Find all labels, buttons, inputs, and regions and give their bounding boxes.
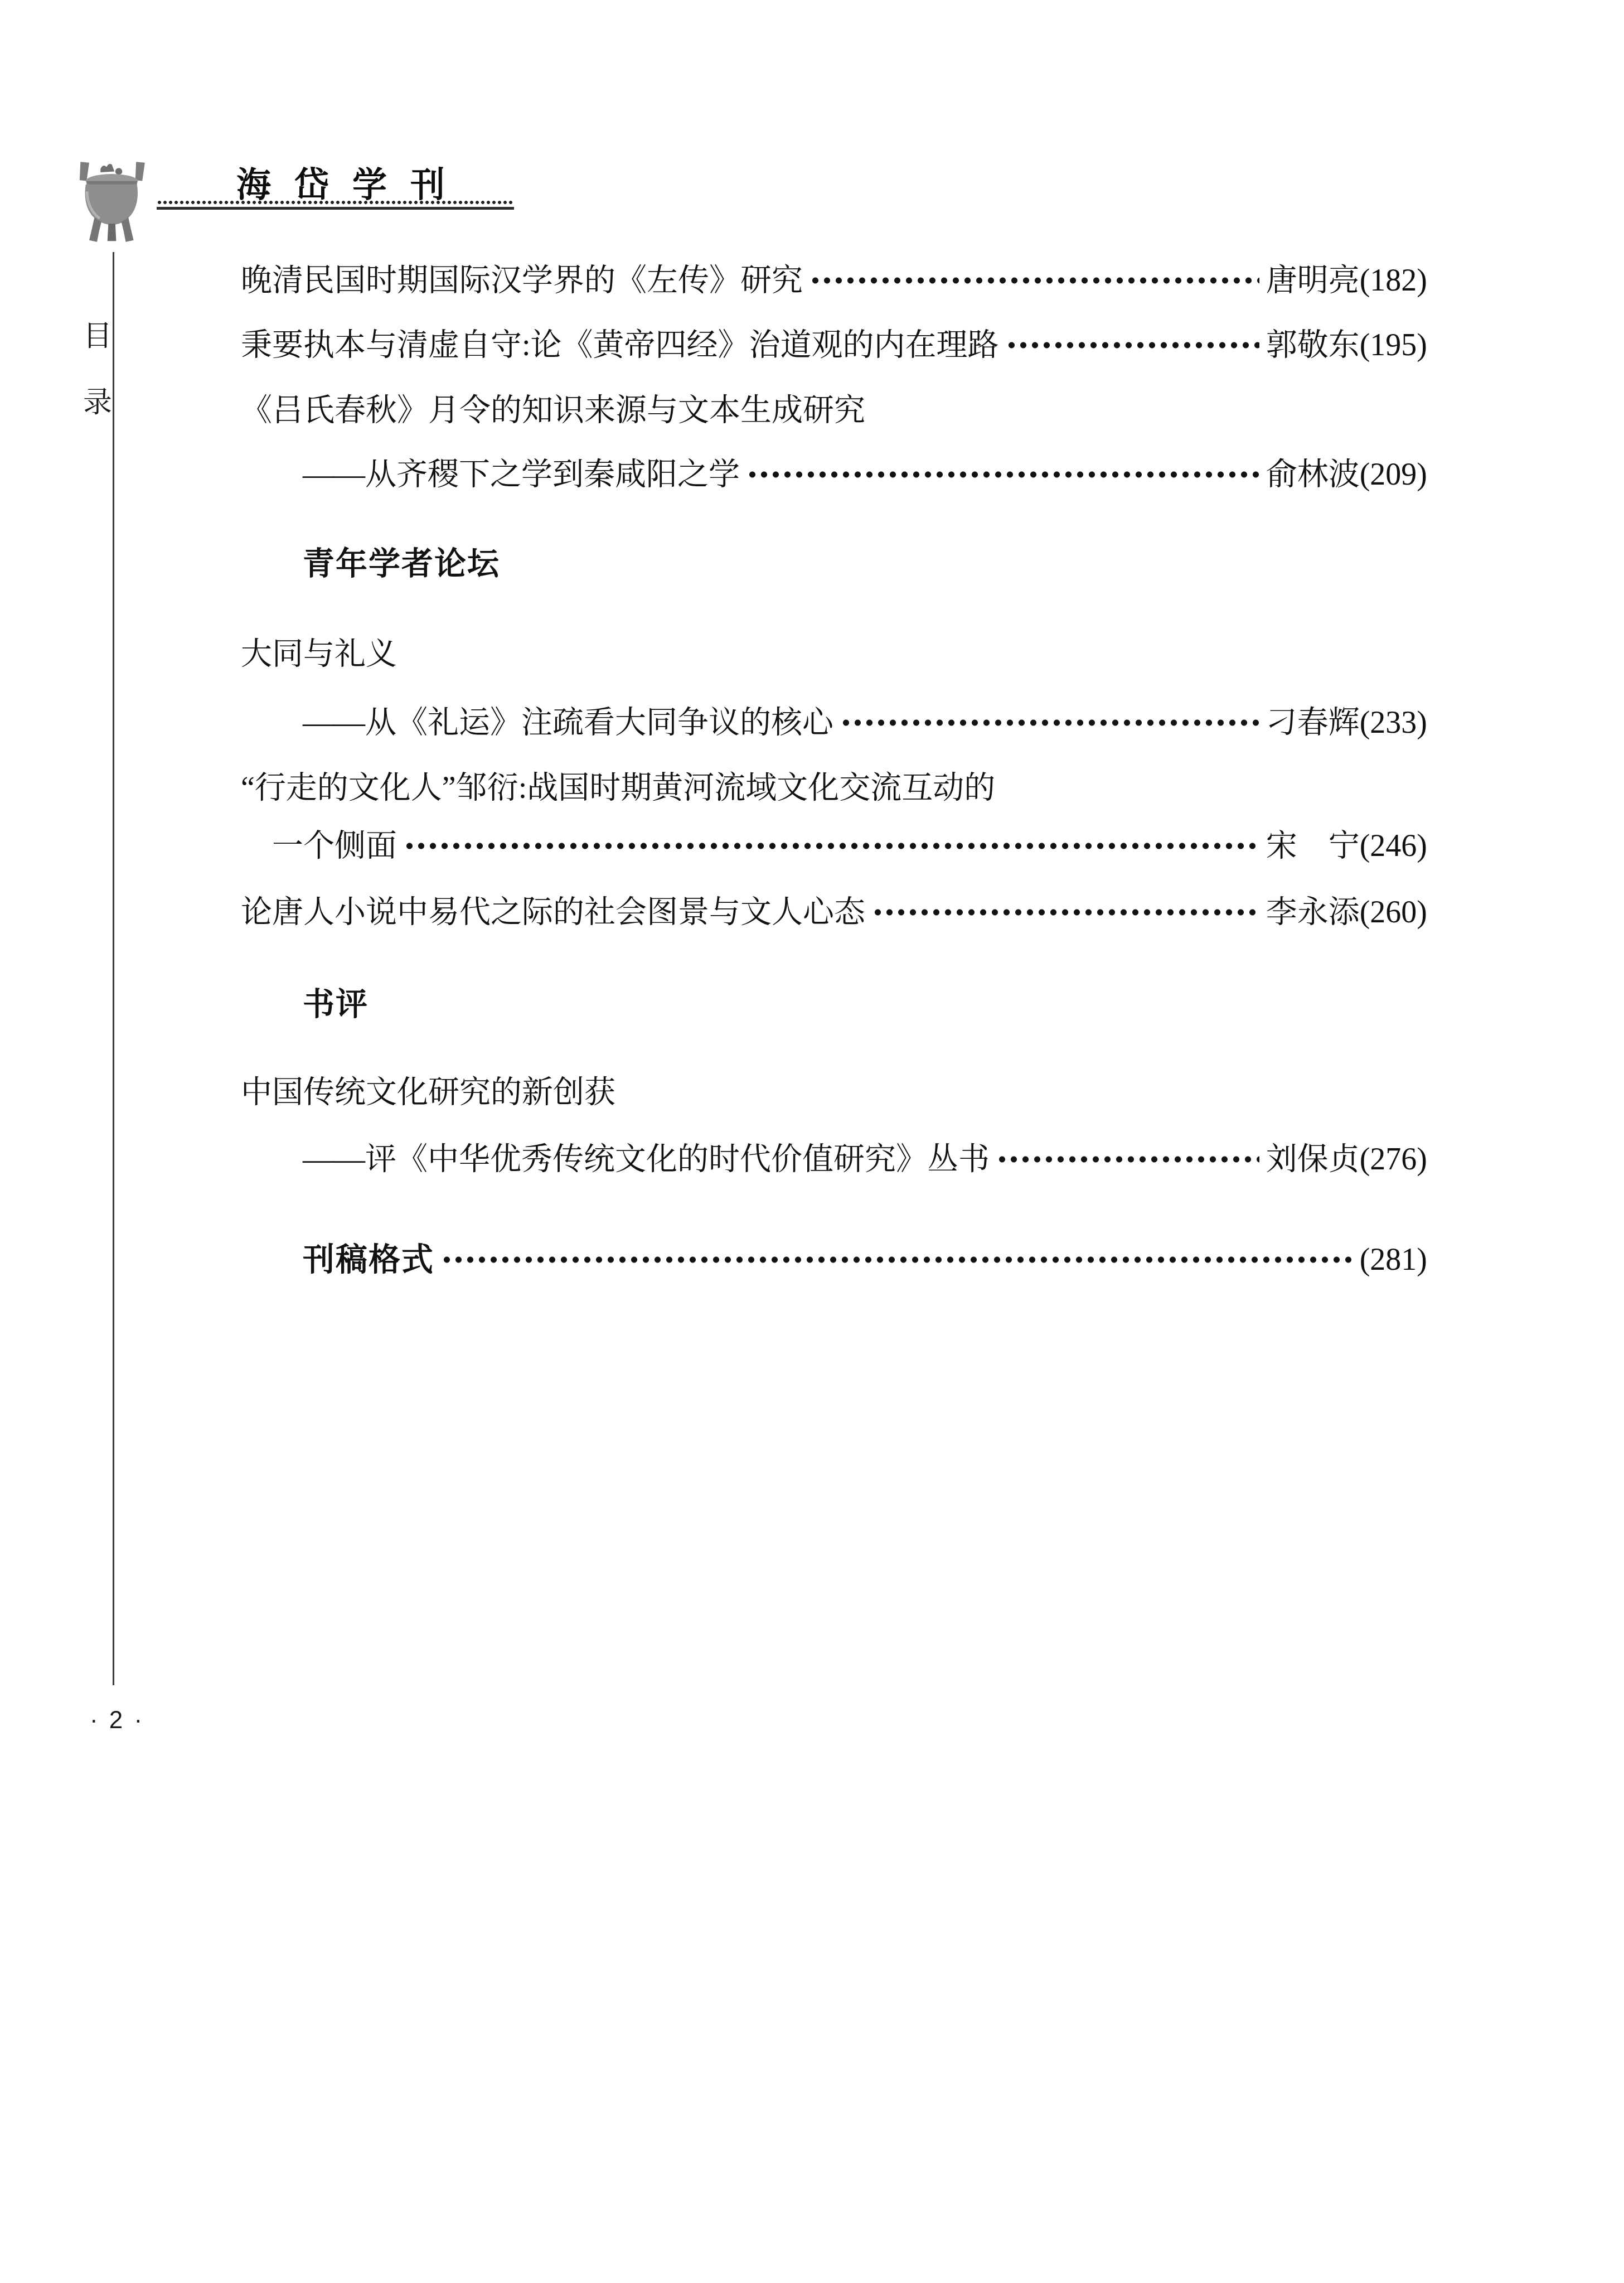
toc-vertical-label-char: 目: [82, 321, 113, 352]
entry-subtitle: ——从齐稷下之学到秦咸阳之学: [303, 454, 740, 495]
entry-author: 郭敬东: [1266, 325, 1360, 365]
entry-title: 《吕氏春秋》月令的知识来源与文本生成研究: [241, 390, 865, 431]
entry-author: 刘保贞: [1266, 1139, 1360, 1179]
sidebar-vertical-rule: [113, 252, 114, 1685]
entry-page-number: (209): [1360, 454, 1427, 495]
entry-page-number: (233): [1360, 703, 1427, 743]
toc-vertical-label-char: 录: [82, 388, 113, 419]
journal-title: 海岱学刊: [236, 168, 468, 203]
section-heading-label: 书评: [303, 984, 369, 1024]
entry-author: 刁春辉: [1266, 703, 1360, 743]
entry-page-number: (246): [1360, 826, 1427, 866]
journal-toc-page: 海岱学刊 目 录 晚清民国时期国际汉学界的《左传》研究 唐明亮 (182) 秉要…: [0, 0, 1624, 2283]
page-number: · 2 ·: [84, 1706, 151, 1734]
notice-title: 刊稿格式: [303, 1240, 434, 1280]
dot-leader: [441, 1240, 1353, 1280]
dot-leader: [1006, 325, 1259, 365]
entry-subtitle: ——从《礼运》注疏看大同争议的核心: [303, 703, 833, 743]
entry-title: 论唐人小说中易代之际的社会图景与文人心态: [241, 892, 865, 932]
entry-author: 唐明亮: [1266, 260, 1360, 301]
entry-author: 李永添: [1266, 892, 1360, 932]
toc-section-heading: 书评: [241, 984, 1427, 1024]
entry-title: 秉要执本与清虚自守:论《黄帝四经》治道观的内在理路: [241, 325, 999, 365]
dot-leader: [404, 826, 1259, 866]
entry-page-number: (281): [1360, 1240, 1427, 1280]
toc-entry-subtitle-row: ——从齐稷下之学到秦咸阳之学 俞林波 (209): [241, 454, 1427, 495]
entry-page-number: (195): [1360, 325, 1427, 365]
entry-title: 大同与礼义: [241, 634, 397, 674]
dot-leader: [809, 260, 1259, 301]
dot-leader: [746, 454, 1259, 495]
entry-title: 晚清民国时期国际汉学界的《左传》研究: [241, 260, 803, 301]
toc-entry-continuation-row: 一个侧面 宋 宁 (246): [241, 826, 1427, 866]
header-dotted-rule: [157, 199, 514, 206]
entry-title: “行走的文化人”邹衍:战国时期黄河流域文化交流互动的: [241, 768, 995, 808]
entry-title: 中国传统文化研究的新创获: [241, 1072, 615, 1113]
entry-page-number: (260): [1360, 892, 1427, 932]
entry-author: 俞林波: [1266, 454, 1360, 495]
dot-leader: [840, 703, 1259, 743]
toc-entry-title-line: 大同与礼义: [241, 634, 1427, 674]
bronze-ding-icon: [67, 158, 154, 245]
toc-section-heading: 青年学者论坛: [241, 544, 1427, 584]
section-heading-label: 青年学者论坛: [303, 544, 500, 584]
entry-subtitle: ——评《中华优秀传统文化的时代价值研究》丛书: [303, 1139, 990, 1179]
toc-entry-subtitle-row: ——评《中华优秀传统文化的时代价值研究》丛书 刘保贞 (276): [241, 1139, 1427, 1179]
entry-page-number: (276): [1360, 1139, 1427, 1179]
toc-entry-row: 论唐人小说中易代之际的社会图景与文人心态 李永添 (260): [241, 892, 1427, 932]
entry-title-continuation: 一个侧面: [272, 826, 397, 866]
entry-author: 宋 宁: [1266, 826, 1360, 866]
dot-leader: [996, 1139, 1259, 1179]
toc-entry-subtitle-row: ——从《礼运》注疏看大同争议的核心 刁春辉 (233): [241, 703, 1427, 743]
toc-entry-row: 秉要执本与清虚自守:论《黄帝四经》治道观的内在理路 郭敬东 (195): [241, 325, 1427, 365]
dot-leader: [872, 892, 1259, 932]
header-solid-rule: [157, 207, 514, 210]
toc-entry-row: 晚清民国时期国际汉学界的《左传》研究 唐明亮 (182): [241, 260, 1427, 301]
toc-entry-title-line: 《吕氏春秋》月令的知识来源与文本生成研究: [241, 390, 1427, 431]
toc-entry-title-line: “行走的文化人”邹衍:战国时期黄河流域文化交流互动的: [241, 768, 1427, 808]
entry-page-number: (182): [1360, 260, 1427, 301]
toc-entry-title-line: 中国传统文化研究的新创获: [241, 1072, 1427, 1113]
toc-notice-row: 刊稿格式 (281): [241, 1240, 1427, 1280]
